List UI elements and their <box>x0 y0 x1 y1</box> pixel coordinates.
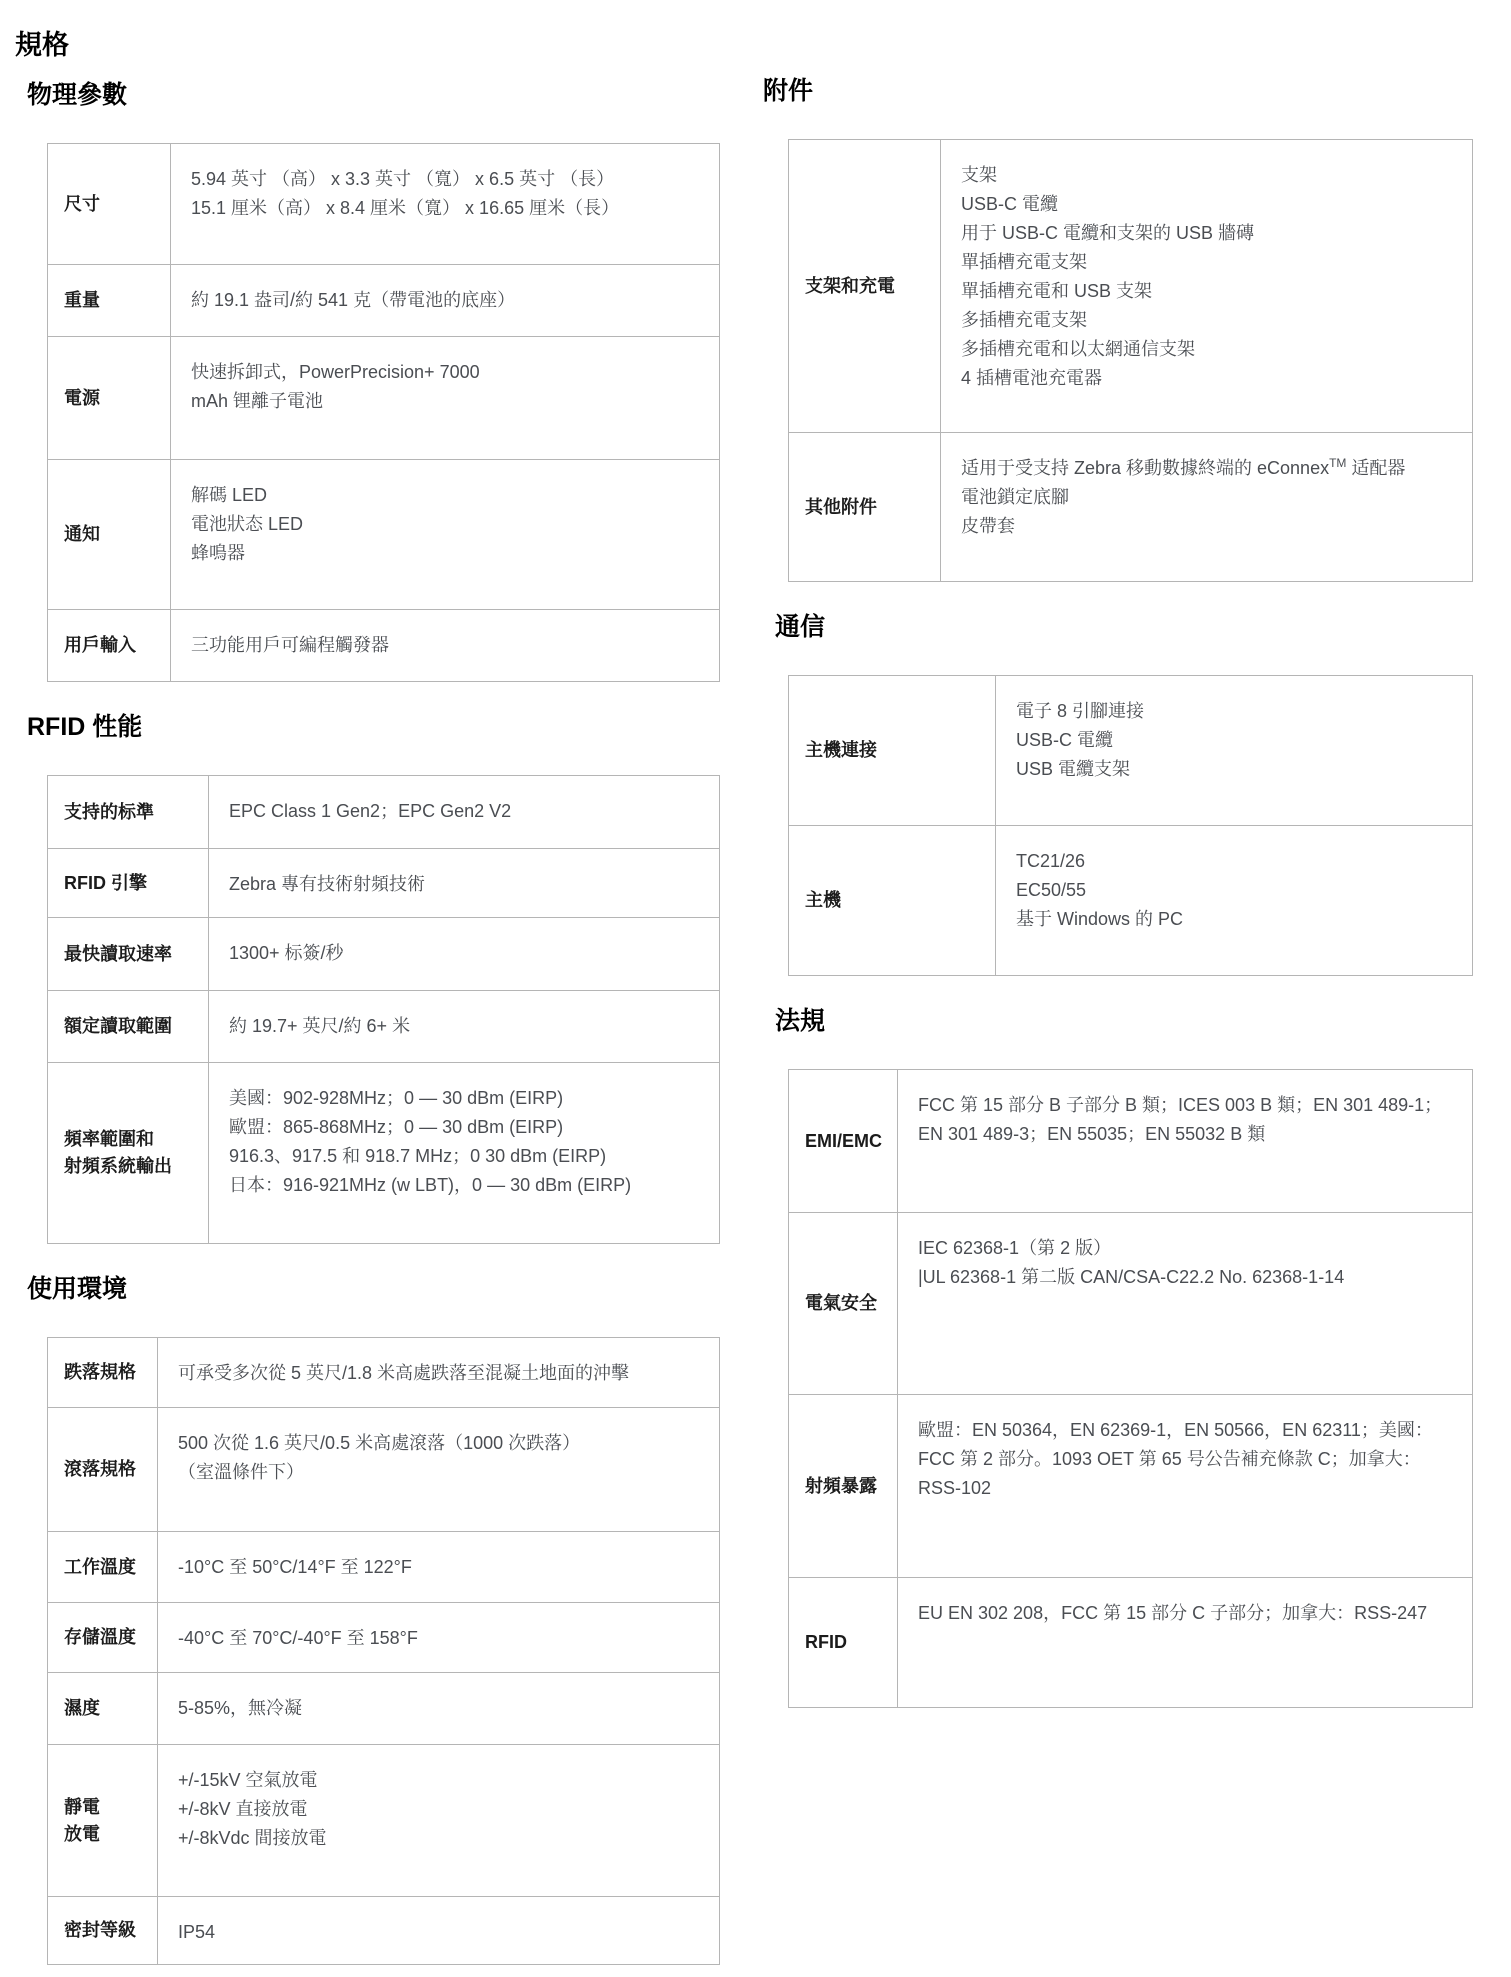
row-label: 頻率範圍和 射頻系統輸出 <box>48 1063 209 1244</box>
row-label: 濕度 <box>48 1673 158 1745</box>
value-line: 500 次從 1.6 英尺/0.5 米高處滾落（1000 次跌落） <box>178 1429 703 1458</box>
table-row: 其他附件 适用于受支持 Zebra 移動數據終端的 eConnexTM 适配器 … <box>789 433 1473 582</box>
table-row: 尺寸 5.94 英寸 （高） x 3.3 英寸 （寬） x 6.5 英寸 （長）… <box>48 144 720 265</box>
table-row: 濕度 5-85%，無冷凝 <box>48 1673 720 1745</box>
value-line: 皮帶套 <box>961 512 1456 541</box>
section-heading-rfid: RFID 性能 <box>27 713 735 742</box>
trademark-superscript: TM <box>1329 456 1346 470</box>
row-value: FCC 第 15 部分 B 子部分 B 類；ICES 003 B 類；EN 30… <box>898 1070 1473 1213</box>
spec-table-rfid: 支持的标準 EPC Class 1 Gen2；EPC Gen2 V2 RFID … <box>47 775 720 1244</box>
value-line: TC21/26 <box>1016 847 1456 876</box>
value-line: 蜂鳴器 <box>191 539 703 568</box>
row-value: 500 次從 1.6 英尺/0.5 米高處滾落（1000 次跌落） （室溫條件下… <box>158 1408 720 1532</box>
row-label: 電氣安全 <box>789 1213 898 1395</box>
spec-table-regulatory: EMI/EMC FCC 第 15 部分 B 子部分 B 類；ICES 003 B… <box>788 1069 1473 1708</box>
table-row: 密封等級 IP54 <box>48 1897 720 1965</box>
value-line: 4 插槽電池充電器 <box>961 364 1456 393</box>
row-value: 約 19.7+ 英尺/約 6+ 米 <box>209 991 720 1063</box>
value-line: 适用于受支持 Zebra 移動數據終端的 eConnexTM 适配器 <box>961 454 1456 483</box>
value-line: 三功能用戶可編程觸發器 <box>191 631 703 660</box>
row-label: 最快讀取速率 <box>48 918 209 991</box>
value-line: USB-C 電纜 <box>1016 726 1456 755</box>
label-text: 主機 <box>805 887 987 914</box>
value-line: 用于 USB-C 電纜和支架的 USB 牆磚 <box>961 219 1456 248</box>
label-text: 最快讀取速率 <box>64 941 200 968</box>
table-row: 工作溫度 -10°C 至 50°C/14°F 至 122°F <box>48 1532 720 1603</box>
value-line: -10°C 至 50°C/14°F 至 122°F <box>178 1553 703 1582</box>
row-label: 尺寸 <box>48 144 171 265</box>
value-line: 美國：902-928MHz；0 — 30 dBm (EIRP) <box>229 1084 703 1113</box>
value-line: 電池鎖定底腳 <box>961 483 1456 512</box>
spec-page: 規格 物理參數 尺寸 5.94 英寸 （高） x 3.3 英寸 （寬） x 6.… <box>0 0 1511 1977</box>
label-text: 額定讀取範圍 <box>64 1013 200 1040</box>
value-line: 日本：916-921MHz (w LBT)，0 — 30 dBm (EIRP) <box>229 1171 703 1200</box>
row-label: 支持的标準 <box>48 776 209 849</box>
row-label: 電源 <box>48 337 171 460</box>
spec-table-physical: 尺寸 5.94 英寸 （高） x 3.3 英寸 （寬） x 6.5 英寸 （長）… <box>47 143 720 682</box>
label-text: 滾落規格 <box>64 1456 149 1483</box>
row-label: 主機 <box>789 826 996 976</box>
row-label: 滾落規格 <box>48 1408 158 1532</box>
label-text: 跌落規格 <box>64 1359 149 1386</box>
table-row: 主機 TC21/26 EC50/55 基于 Windows 的 PC <box>789 826 1473 976</box>
row-label: 工作溫度 <box>48 1532 158 1603</box>
row-label: 存儲溫度 <box>48 1603 158 1673</box>
row-value: 5.94 英寸 （高） x 3.3 英寸 （寬） x 6.5 英寸 （長） 15… <box>171 144 720 265</box>
table-row: 額定讀取範圍 約 19.7+ 英尺/約 6+ 米 <box>48 991 720 1063</box>
value-line: 多插槽充電支架 <box>961 306 1456 335</box>
label-text: 尺寸 <box>64 191 162 218</box>
label-text: 其他附件 <box>805 494 932 521</box>
row-label: 跌落規格 <box>48 1338 158 1408</box>
value-line: -40°C 至 70°C/-40°F 至 158°F <box>178 1624 703 1653</box>
value-line: 15.1 厘米（高） x 8.4 厘米（寬） x 16.65 厘米（長） <box>191 194 703 223</box>
table-row: RFID EU EN 302 208，FCC 第 15 部分 C 子部分；加拿大… <box>789 1578 1473 1708</box>
value-line: 單插槽充電支架 <box>961 248 1456 277</box>
value-line: 電子 8 引腳連接 <box>1016 697 1456 726</box>
table-row: 射頻暴露 歐盟：EN 50364，EN 62369-1，EN 50566，EN … <box>789 1395 1473 1578</box>
label-text: 密封等級 <box>64 1917 149 1944</box>
label-text: RFID 引擎 <box>64 870 200 897</box>
section-heading-regulatory: 法規 <box>775 1007 1493 1036</box>
value-line: （室溫條件下） <box>178 1458 703 1487</box>
row-label: 主機連接 <box>789 676 996 826</box>
value-line: 快速拆卸式，PowerPrecision+ 7000 <box>191 358 703 387</box>
value-line: 約 19.7+ 英尺/約 6+ 米 <box>229 1012 703 1041</box>
value-line: 支架 <box>961 161 1456 190</box>
row-label: 其他附件 <box>789 433 941 582</box>
label-text: 支架和充電 <box>805 273 932 300</box>
value-line: 可承受多次從 5 英尺/1.8 米高處跌落至混凝土地面的沖擊 <box>178 1359 703 1388</box>
row-value: 适用于受支持 Zebra 移動數據終端的 eConnexTM 适配器 電池鎖定底… <box>941 433 1473 582</box>
row-value: +/-15kV 空氣放電 +/-8kV 直接放電 +/-8kVdc 間接放電 <box>158 1745 720 1897</box>
row-label: 通知 <box>48 460 171 610</box>
left-column: 規格 物理參數 尺寸 5.94 英寸 （高） x 3.3 英寸 （寬） x 6.… <box>15 0 735 1965</box>
value-line: +/-8kVdc 間接放電 <box>178 1824 703 1853</box>
row-label: RFID 引擎 <box>48 849 209 918</box>
value-line: 歐盟：EN 50364，EN 62369-1，EN 50566，EN 62311… <box>918 1416 1456 1503</box>
row-value: EPC Class 1 Gen2；EPC Gen2 V2 <box>209 776 720 849</box>
row-label: 額定讀取範圍 <box>48 991 209 1063</box>
label-text: EMI/EMC <box>805 1128 889 1155</box>
label-text: 濕度 <box>64 1695 149 1722</box>
row-value: 1300+ 标簽/秒 <box>209 918 720 991</box>
table-row: 滾落規格 500 次從 1.6 英尺/0.5 米高處滾落（1000 次跌落） （… <box>48 1408 720 1532</box>
value-line: EU EN 302 208，FCC 第 15 部分 C 子部分；加拿大：RSS-… <box>918 1599 1456 1628</box>
label-text: 支持的标準 <box>64 799 200 826</box>
row-label: 重量 <box>48 265 171 337</box>
row-label: RFID <box>789 1578 898 1708</box>
value-line: EPC Class 1 Gen2；EPC Gen2 V2 <box>229 797 703 826</box>
row-value: IEC 62368-1（第 2 版） |UL 62368-1 第二版 CAN/C… <box>898 1213 1473 1395</box>
table-row: 支架和充電 支架 USB-C 電纜 用于 USB-C 電纜和支架的 USB 牆磚… <box>789 140 1473 433</box>
table-row: 最快讀取速率 1300+ 标簽/秒 <box>48 918 720 991</box>
value-text: 适用于受支持 Zebra 移動數據終端的 eConnex <box>961 458 1329 478</box>
value-line: IEC 62368-1（第 2 版） <box>918 1234 1456 1263</box>
value-line: +/-15kV 空氣放電 <box>178 1766 703 1795</box>
spec-table-accessories: 支架和充電 支架 USB-C 電纜 用于 USB-C 電纜和支架的 USB 牆磚… <box>788 139 1473 582</box>
row-value: 解碼 LED 電池狀态 LED 蜂鳴器 <box>171 460 720 610</box>
value-line: 基于 Windows 的 PC <box>1016 905 1456 934</box>
label-text: 工作溫度 <box>64 1554 149 1581</box>
page-title: 規格 <box>15 30 735 61</box>
table-row: RFID 引擎 Zebra 專有技術射頻技術 <box>48 849 720 918</box>
row-label: EMI/EMC <box>789 1070 898 1213</box>
table-row: 支持的标準 EPC Class 1 Gen2；EPC Gen2 V2 <box>48 776 720 849</box>
row-label: 靜電 放電 <box>48 1745 158 1897</box>
value-line: Zebra 專有技術射頻技術 <box>229 870 703 899</box>
table-row: 靜電 放電 +/-15kV 空氣放電 +/-8kV 直接放電 +/-8kVdc … <box>48 1745 720 1897</box>
table-row: 電氣安全 IEC 62368-1（第 2 版） |UL 62368-1 第二版 … <box>789 1213 1473 1395</box>
label-text: 主機連接 <box>805 737 987 764</box>
label-text: 通知 <box>64 521 162 548</box>
row-label: 射頻暴露 <box>789 1395 898 1578</box>
row-value: IP54 <box>158 1897 720 1965</box>
table-row: 頻率範圍和 射頻系統輸出 美國：902-928MHz；0 — 30 dBm (E… <box>48 1063 720 1244</box>
row-value: 電子 8 引腳連接 USB-C 電纜 USB 電纜支架 <box>996 676 1473 826</box>
row-value: 快速拆卸式，PowerPrecision+ 7000 mAh 锂離子電池 <box>171 337 720 460</box>
row-label: 密封等級 <box>48 1897 158 1965</box>
value-line: 916.3、917.5 和 918.7 MHz；0 30 dBm (EIRP) <box>229 1142 703 1171</box>
label-text: 重量 <box>64 287 162 314</box>
value-line: 5-85%，無冷凝 <box>178 1694 703 1723</box>
label-text: 放電 <box>64 1821 149 1848</box>
right-column: 附件 支架和充電 支架 USB-C 電纜 用于 USB-C 電纜和支架的 USB… <box>763 0 1493 1708</box>
label-text: RFID <box>805 1629 889 1656</box>
section-heading-accessories: 附件 <box>763 77 1493 106</box>
label-text: 頻率範圍和 <box>64 1126 200 1153</box>
label-text: 電氣安全 <box>805 1290 889 1317</box>
value-line: FCC 第 15 部分 B 子部分 B 類；ICES 003 B 類；EN 30… <box>918 1091 1456 1149</box>
table-row: 重量 約 19.1 盎司/約 541 克（帶電池的底座） <box>48 265 720 337</box>
label-text: 電源 <box>64 385 162 412</box>
section-heading-physical: 物理參數 <box>27 81 735 110</box>
table-row: 跌落規格 可承受多次從 5 英尺/1.8 米高處跌落至混凝土地面的沖擊 <box>48 1338 720 1408</box>
value-line: 1300+ 标簽/秒 <box>229 939 703 968</box>
value-line: 解碼 LED <box>191 481 703 510</box>
value-line: IP54 <box>178 1918 703 1947</box>
row-value: TC21/26 EC50/55 基于 Windows 的 PC <box>996 826 1473 976</box>
row-value: Zebra 專有技術射頻技術 <box>209 849 720 918</box>
table-row: 存儲溫度 -40°C 至 70°C/-40°F 至 158°F <box>48 1603 720 1673</box>
row-value: 美國：902-928MHz；0 — 30 dBm (EIRP) 歐盟：865-8… <box>209 1063 720 1244</box>
value-line: 多插槽充電和以太網通信支架 <box>961 335 1456 364</box>
table-row: EMI/EMC FCC 第 15 部分 B 子部分 B 類；ICES 003 B… <box>789 1070 1473 1213</box>
value-line: 單插槽充電和 USB 支架 <box>961 277 1456 306</box>
label-text: 射頻暴露 <box>805 1473 889 1500</box>
table-row: 電源 快速拆卸式，PowerPrecision+ 7000 mAh 锂離子電池 <box>48 337 720 460</box>
row-label: 支架和充電 <box>789 140 941 433</box>
table-row: 用戶輸入 三功能用戶可編程觸發器 <box>48 610 720 682</box>
value-line: 約 19.1 盎司/約 541 克（帶電池的底座） <box>191 286 703 315</box>
label-text: 用戶輸入 <box>64 632 162 659</box>
spec-table-communication: 主機連接 電子 8 引腳連接 USB-C 電纜 USB 電纜支架 主機 TC21… <box>788 675 1473 976</box>
value-line: EC50/55 <box>1016 876 1456 905</box>
row-value: 支架 USB-C 電纜 用于 USB-C 電纜和支架的 USB 牆磚 單插槽充電… <box>941 140 1473 433</box>
row-value: -10°C 至 50°C/14°F 至 122°F <box>158 1532 720 1603</box>
label-text: 射頻系統輸出 <box>64 1153 200 1180</box>
row-value: 可承受多次從 5 英尺/1.8 米高處跌落至混凝土地面的沖擊 <box>158 1338 720 1408</box>
value-line: 歐盟：865-868MHz；0 — 30 dBm (EIRP) <box>229 1113 703 1142</box>
row-value: 三功能用戶可編程觸發器 <box>171 610 720 682</box>
value-line: mAh 锂離子電池 <box>191 387 703 416</box>
row-label: 用戶輸入 <box>48 610 171 682</box>
row-value: 歐盟：EN 50364，EN 62369-1，EN 50566，EN 62311… <box>898 1395 1473 1578</box>
table-row: 通知 解碼 LED 電池狀态 LED 蜂鳴器 <box>48 460 720 610</box>
label-text: 存儲溫度 <box>64 1624 149 1651</box>
value-line: USB 電纜支架 <box>1016 755 1456 784</box>
value-line: USB-C 電纜 <box>961 190 1456 219</box>
row-value: 約 19.1 盎司/約 541 克（帶電池的底座） <box>171 265 720 337</box>
table-row: 主機連接 電子 8 引腳連接 USB-C 電纜 USB 電纜支架 <box>789 676 1473 826</box>
row-value: -40°C 至 70°C/-40°F 至 158°F <box>158 1603 720 1673</box>
section-heading-communication: 通信 <box>775 613 1493 642</box>
value-line: 5.94 英寸 （高） x 3.3 英寸 （寬） x 6.5 英寸 （長） <box>191 165 703 194</box>
section-heading-environment: 使用環境 <box>27 1275 735 1304</box>
spec-table-environment: 跌落規格 可承受多次從 5 英尺/1.8 米高處跌落至混凝土地面的沖擊 滾落規格… <box>47 1337 720 1965</box>
row-value: EU EN 302 208，FCC 第 15 部分 C 子部分；加拿大：RSS-… <box>898 1578 1473 1708</box>
value-line: +/-8kV 直接放電 <box>178 1795 703 1824</box>
value-text: 适配器 <box>1346 458 1405 478</box>
value-line: |UL 62368-1 第二版 CAN/CSA-C22.2 No. 62368-… <box>918 1263 1456 1292</box>
value-line: 電池狀态 LED <box>191 510 703 539</box>
row-value: 5-85%，無冷凝 <box>158 1673 720 1745</box>
label-text: 靜電 <box>64 1794 149 1821</box>
